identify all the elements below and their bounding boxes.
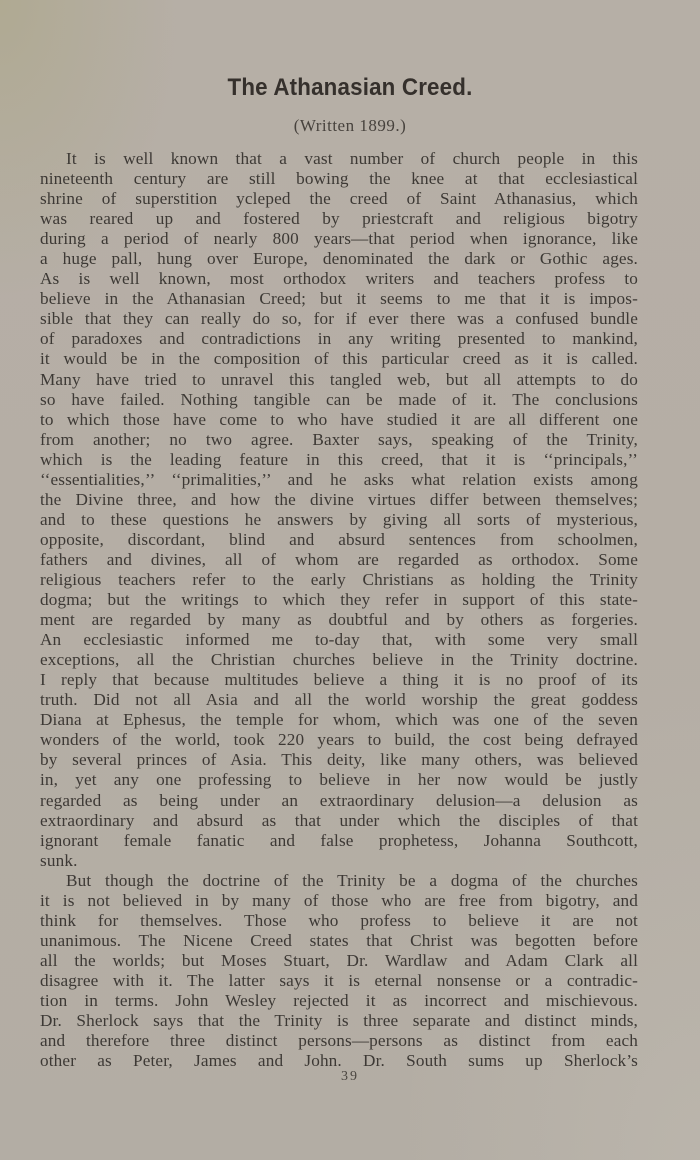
text-line: shrine of superstition ycleped the creed…: [40, 189, 638, 209]
text-line: truth. Did not all Asia and all the worl…: [40, 690, 638, 710]
page-title: The Athanasian Creed.: [25, 74, 676, 102]
text-line: It is well known that a vast number of c…: [40, 149, 638, 169]
paragraph-1: It is well known that a vast number of c…: [40, 149, 638, 871]
text-line: of paradoxes and contradictions in any w…: [40, 329, 638, 349]
text-line: it is not believed in by many of those w…: [40, 891, 638, 911]
text-line: during a period of nearly 800 years—that…: [40, 229, 638, 249]
text-line: fathers and divines, all of whom are reg…: [40, 550, 638, 570]
text-line: to which those have come to who have stu…: [40, 410, 638, 430]
text-line: tion in terms. John Wesley rejected it a…: [40, 991, 638, 1011]
text-line: think for themselves. Those who profess …: [40, 911, 638, 931]
text-line: disagree with it. The latter says it is …: [40, 971, 638, 991]
text-line: unanimous. The Nicene Creed states that …: [40, 931, 638, 951]
text-line: it would be in the composition of this p…: [40, 349, 638, 369]
text-line: ‘‘essentialities,’’ ‘‘primalities,’’ and…: [40, 470, 638, 490]
text-line: Many have tried to unravel this tangled …: [40, 370, 638, 390]
text-line: sunk.: [40, 851, 638, 871]
text-line: believe in the Athanasian Creed; but it …: [40, 289, 638, 309]
text-line: regarded as being under an extraordinary…: [40, 791, 638, 811]
text-line: opposite, discordant, blind and absurd s…: [40, 530, 638, 550]
paragraph-2: But though the doctrine of the Trinity b…: [40, 871, 638, 1071]
text-line: extraordinary and absurd as that under w…: [40, 811, 638, 831]
text-line: Dr. Sherlock says that the Trinity is th…: [40, 1011, 638, 1031]
text-line: religious teachers refer to the early Ch…: [40, 570, 638, 590]
text-line: and therefore three distinct persons—per…: [40, 1031, 638, 1051]
text-line: dogma; but the writings to which they re…: [40, 590, 638, 610]
text-line: ignorant female fanatic and false prophe…: [40, 831, 638, 851]
text-line: Diana at Ephesus, the temple for whom, w…: [40, 710, 638, 730]
text-line: in, yet any one professing to believe in…: [40, 770, 638, 790]
text-line: As is well known, most orthodox writers …: [40, 269, 638, 289]
text-line: all the worlds; but Moses Stuart, Dr. Wa…: [40, 951, 638, 971]
text-line: exceptions, all the Christian churches b…: [40, 650, 638, 670]
text-line: sible that they can really do so, for if…: [40, 309, 638, 329]
text-line: An ecclesiastic informed me to-day that,…: [40, 630, 638, 650]
text-line: I reply that because multitudes believe …: [40, 670, 638, 690]
text-line: was reared up and fostered by priestcraf…: [40, 209, 638, 229]
text-line: by several princes of Asia. This deity, …: [40, 750, 638, 770]
text-line: which is the leading feature in this cre…: [40, 450, 638, 470]
text-line: a huge pall, hung over Europe, denominat…: [40, 249, 638, 269]
text-line: from another; no two agree. Baxter says,…: [40, 430, 638, 450]
scanned-book-page: The Athanasian Creed. (Written 1899.) It…: [0, 0, 700, 1160]
text-line: ment are regarded by many as doubtful an…: [40, 610, 638, 630]
text-line: and to these questions he answers by giv…: [40, 510, 638, 530]
text-line: the Divine three, and how the divine vir…: [40, 490, 638, 510]
text-line: But though the doctrine of the Trinity b…: [40, 871, 638, 891]
page-subtitle: (Written 1899.): [0, 116, 700, 136]
text-line: wonders of the world, took 220 years to …: [40, 730, 638, 750]
body-text: It is well known that a vast number of c…: [40, 149, 638, 1071]
text-line: so have failed. Nothing tangible can be …: [40, 390, 638, 410]
page-number: 39: [0, 1069, 700, 1085]
text-line: nineteenth century are still bowing the …: [40, 169, 638, 189]
